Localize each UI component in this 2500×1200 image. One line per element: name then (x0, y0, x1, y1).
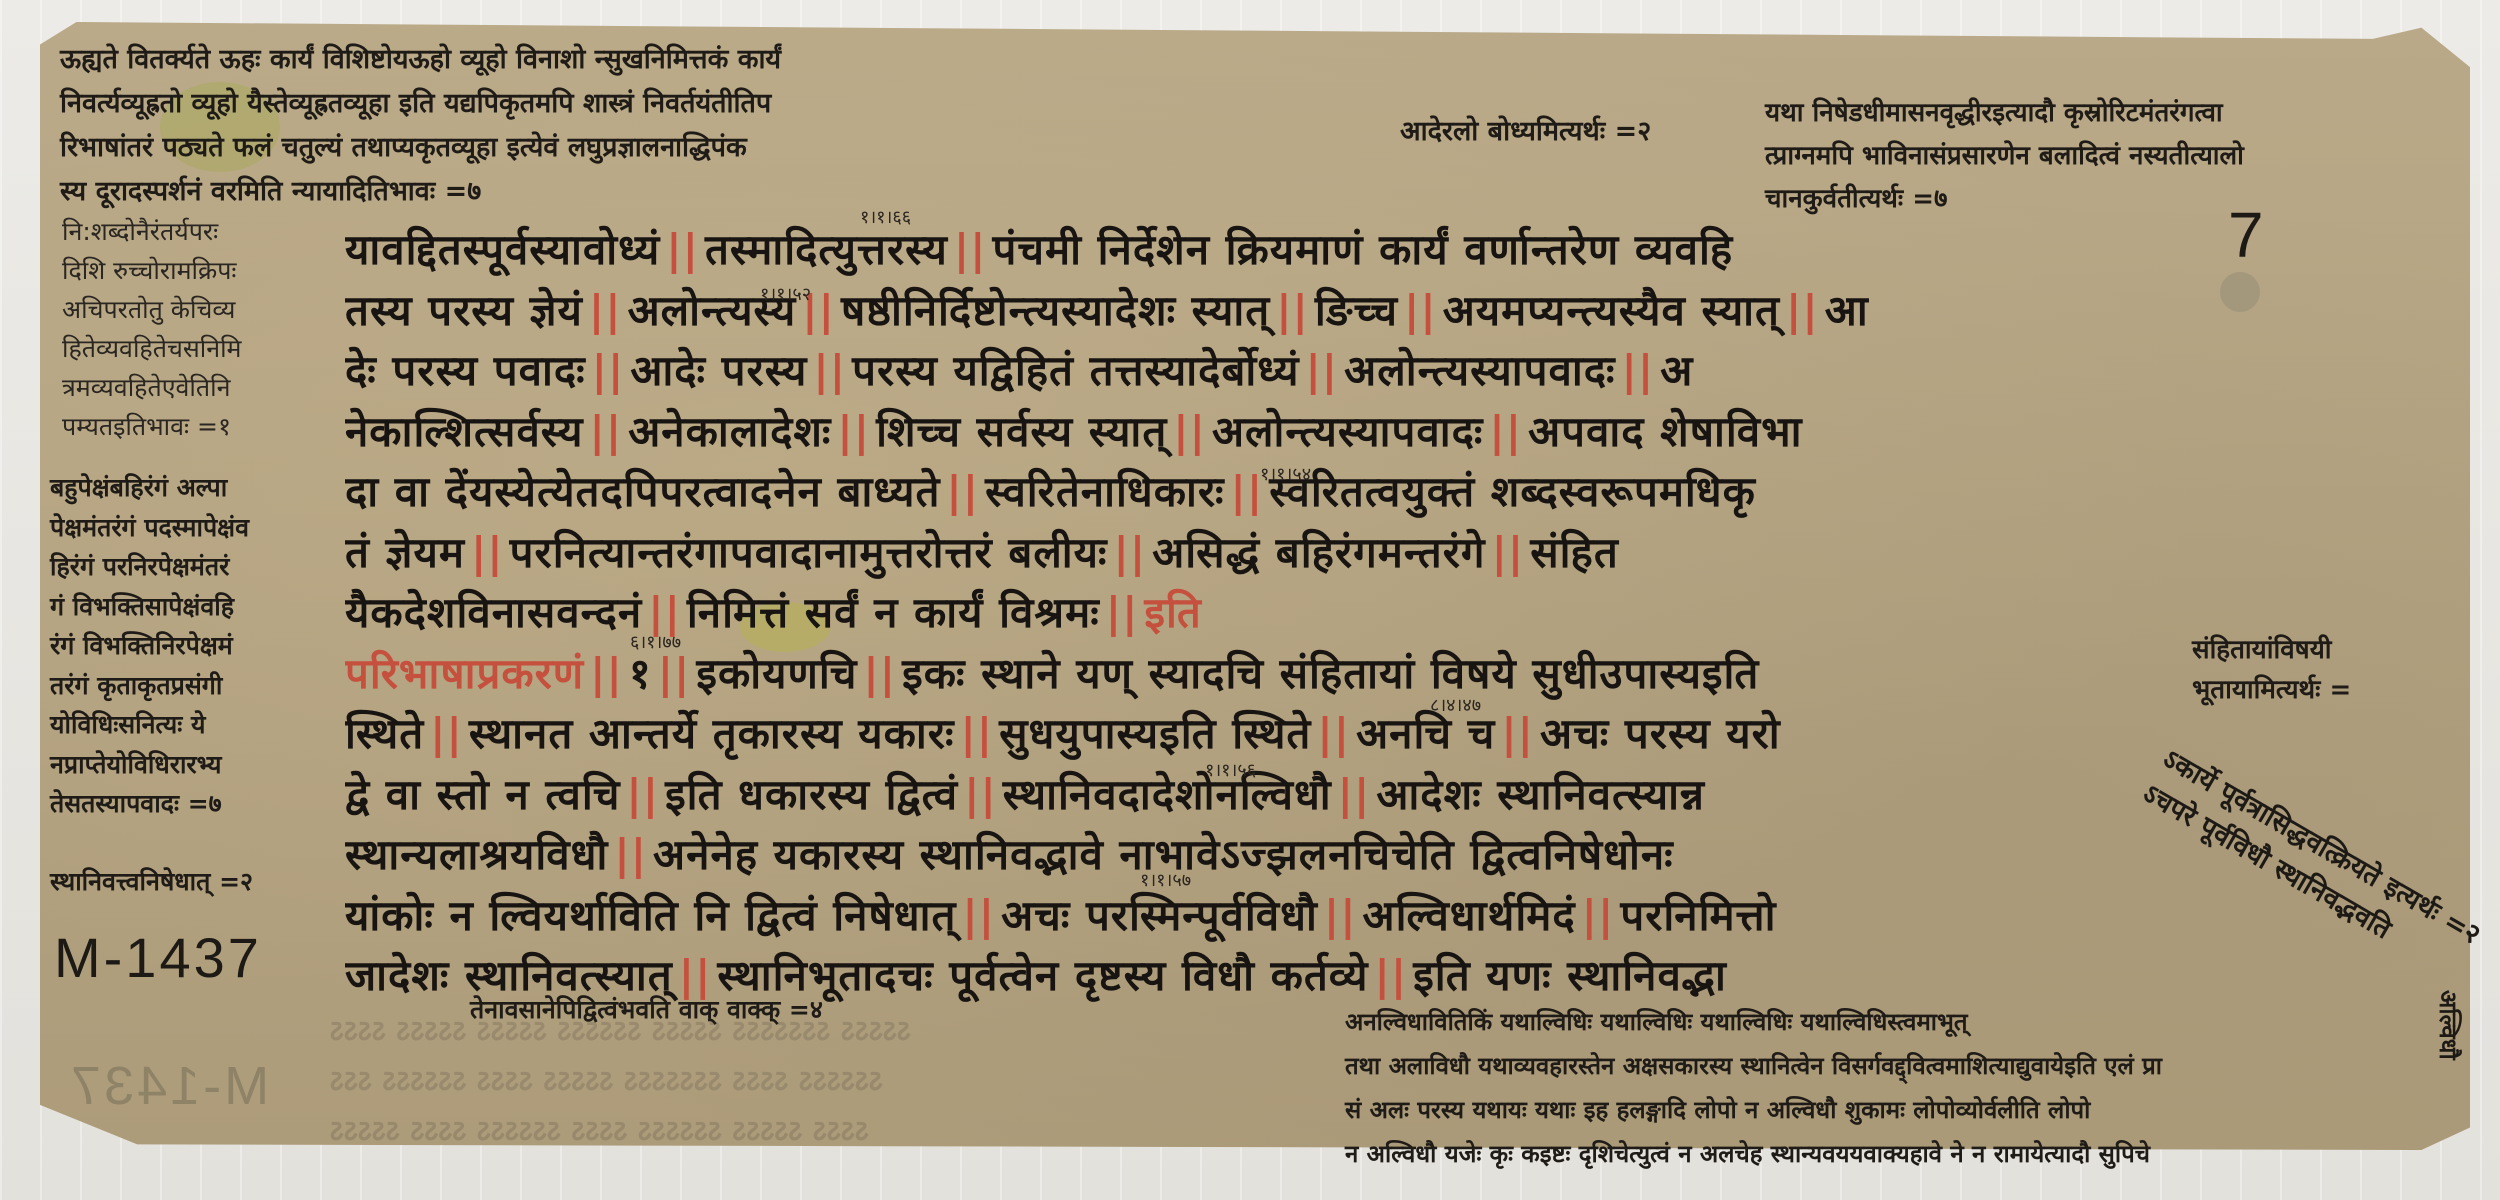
red-danda: || (592, 341, 625, 402)
red-danda: || (964, 765, 997, 826)
top-right-commentary: यथा निषेडधीमासनवृद्धीरइत्यादौ कृस्रोरिटम… (1765, 92, 2244, 221)
right-edge-vertical-note: अल्विधौ (2432, 990, 2465, 1060)
commentary-line: निवर्त्यव्यूह्रतो व्यूहो यैस्तेव्यूह्रतव… (60, 82, 781, 126)
text-segment: दा वा देंयस्येत्येतदपिपरत्वादनेन बाध्यते (345, 462, 940, 523)
text-segment: आदेशः स्थानिवत्स्यान्न (1376, 765, 1705, 826)
text-segment: इकः स्थाने यण् स्यादचि संहितायां विषये स… (902, 644, 1759, 705)
left-margin-upper-note: नि:शब्दोनैरंतर्यपरः दिशि रुच्चोरामक्रिपः… (62, 212, 242, 446)
rubric-heading: परिभाषाप्रकरणं (345, 644, 584, 705)
main-text-line: स्थान्यलाश्रयविधौ || अनेनेह यकारस्य स्था… (345, 825, 2135, 886)
commentary-line: सं अलः परस्य यथायः यथाः इह हलङ्गादि लोपो… (1345, 1088, 2162, 1132)
bleed-through-text: ऽऽऽऽऽऽ ऽऽऽऽ ऽऽऽऽऽऽऽ ऽऽऽऽऽ ऽऽऽऽ ऽऽऽऽऽऽ ऽऽ… (330, 1060, 883, 1104)
red-danda: || (614, 825, 647, 886)
red-danda: || (960, 704, 993, 765)
red-danda: || (590, 402, 623, 463)
note-line: नप्राप्तेयोविधिरारभ्य (50, 745, 249, 785)
gloss-text: स्थानिवत्त्वनिषेधात् =२ (50, 867, 253, 896)
note-line: गं विभक्तिसापेक्षंवहि (50, 587, 249, 627)
text-segment: स्थिते (345, 704, 424, 765)
text-segment: ङिच्च (1315, 281, 1398, 342)
bleed-through-text: ऽऽऽऽ ऽऽऽऽऽ ऽऽऽऽऽऽ ऽऽऽऽ ऽऽऽऽऽऽ ऽऽऽऽ ऽऽऽऽऽ (330, 1110, 869, 1154)
interlinear-sutra-number: १।१।५४ (1260, 462, 1311, 486)
interlinear-sutra-number: ८।४।४७ (1430, 693, 1481, 717)
main-text-line: तस्य परस्य ज्ञेयं || अलोन्त्यस्य || षष्ठ… (345, 281, 2135, 342)
text-segment: इति धकारस्य द्वित्वं (665, 765, 958, 826)
text-segment: पंचमी निर्देशेन क्रियमाणं कार्यं वर्णान्… (993, 220, 1734, 281)
text-segment: अलोन्त्यस्यापवादः (1344, 341, 1615, 402)
shelfmark-label: M-1437 (54, 925, 262, 990)
interlinear-sutra-number: १।१।५६ (1205, 758, 1256, 782)
commentary-line: न अल्विधौ यजेः कृः कइष्टः दृशिचेत्युत्वं… (1345, 1132, 2162, 1176)
red-danda: || (1375, 946, 1408, 1007)
text-segment: अपवाद शेषाविभा (1528, 402, 1802, 463)
note-line: तरंगं कृताकृतप्रसंगी (50, 666, 249, 706)
note-line: पेक्षमंतरंगं पदस्मापेक्षंव (50, 508, 249, 548)
red-danda: || (1106, 583, 1139, 644)
red-danda: || (590, 644, 623, 705)
text-segment: आ (1825, 281, 1869, 342)
red-danda: || (1276, 281, 1309, 342)
text-segment: असिद्धं बहिरंगमन्तरंगे (1152, 523, 1485, 584)
text-segment: इति यणः स्थानिवद्भा (1413, 946, 1727, 1007)
red-danda: || (471, 523, 504, 584)
text-segment: देः परस्य पवादः (345, 341, 586, 402)
commentary-line: ऊह्यते वितर्क्यते ऊहः कार्यं विशिष्टोयऊह… (60, 38, 781, 82)
interlinear-sutra-number: १।१।५७ (1140, 868, 1191, 892)
red-danda: || (666, 220, 699, 281)
note-line: बहुपेक्षंबहिरंगं अल्पा (50, 468, 249, 508)
stain-mark (2220, 272, 2260, 312)
note-line: हितेव्यवहितेचसनिमि (62, 329, 242, 368)
red-danda: || (1492, 523, 1525, 584)
note-line: नि:शब्दोनैरंतर्यपरः (62, 212, 242, 251)
red-danda: || (813, 341, 846, 402)
text-segment: अयमप्यन्त्यस्यैव स्यात् (1443, 281, 1780, 342)
text-segment: यावद्दितस्पूर्वस्यावोध्यं (345, 220, 660, 281)
note-line: रंगं विभक्तिनिरपेक्षमं (50, 626, 249, 666)
text-segment: अचः परस्मिन्पूर्वविधौ (1001, 886, 1318, 947)
commentary-line: त्प्राग्नमपि भाविनासंप्रसारणेन बलादित्वं… (1765, 135, 2244, 178)
text-segment: तस्मादित्युत्तरस्य (705, 220, 948, 281)
text-segment: इकोयणचि (696, 644, 857, 705)
main-text-block: यावद्दितस्पूर्वस्यावोध्यं || तस्मादित्यु… (345, 220, 2135, 1007)
interlinear-sutra-number: १।१।५२ (760, 282, 811, 306)
text-segment: यांकोः न ल्वियर्थाविति नि द्वित्वं निषेध… (345, 886, 956, 947)
gloss-text: तेनावसानेपिद्वित्वंभवति वाक् वाक्क् =४ (470, 995, 823, 1024)
top-left-commentary: ऊह्यते वितर्क्यते ऊहः कार्यं विशिष्टोयऊह… (60, 38, 781, 214)
red-danda: || (1305, 341, 1338, 402)
text-segment: आदेः परस्य (630, 341, 807, 402)
text-segment: अलोन्त्यस्यापवादः (1212, 402, 1483, 463)
red-danda: || (1338, 765, 1371, 826)
text-segment: शिच्च सर्वस्य स्यात् (876, 402, 1167, 463)
gloss-text: आदेरलो बोध्यमित्यर्थः =२ (1400, 116, 1651, 147)
red-danda: || (1786, 281, 1819, 342)
main-text-line: यावद्दितस्पूर्वस्यावोध्यं || तस्मादित्यु… (345, 220, 2135, 281)
red-danda: || (962, 886, 995, 947)
text-segment: तस्य परस्य ज्ञेयं (345, 281, 583, 342)
text-segment: अनेकालादेशः (628, 402, 831, 463)
red-danda: || (430, 704, 463, 765)
text-segment: स्वरितत्वयुक्तं शब्दस्वरूपमधिकृ (1269, 462, 1756, 523)
note-line: हिरंगं परनिरपेक्षमंतरं (50, 547, 249, 587)
red-danda: || (837, 402, 870, 463)
note-line: तेसतस्यापवादः =७ (50, 784, 249, 824)
bottom-center-gloss: तेनावसानेपिद्वित्वंभवति वाक् वाक्क् =४ (470, 988, 823, 1032)
text-segment: संहित (1530, 523, 1619, 584)
text-segment: स्थान्यलाश्रयविधौ (345, 825, 608, 886)
text-segment: अचः परस्य यरो (1540, 704, 1781, 765)
gloss-line: भूतायामित्यर्थः = (2192, 670, 2351, 710)
note-line: अचिपरतोतु केचिव्य (62, 290, 242, 329)
text-segment: यैकदेशविनासवन्दनं (345, 583, 642, 644)
red-danda: || (1324, 886, 1357, 947)
main-text-line: तं ज्ञेयम || परनित्यान्तरंगापवादानामुत्त… (345, 523, 2135, 584)
top-center-gloss: आदेरलो बोध्यमित्यर्थः =२ (1400, 110, 1651, 154)
left-margin-lower-note: बहुपेक्षंबहिरंगं अल्पा पेक्षमंतरंगं पदस्… (50, 468, 249, 824)
text-segment: नेकाल्शित्सर्वस्य (345, 402, 584, 463)
note-line: पम्यतइतिभावः =१ (62, 407, 242, 446)
text-segment: द्वे वा स्तो न त्वचि (345, 765, 620, 826)
red-danda: || (1404, 281, 1437, 342)
red-danda: || (946, 462, 979, 523)
left-margin-bottom-gloss: स्थानिवत्त्वनिषेधात् =२ (50, 860, 253, 904)
main-text-line: दा वा देंयस्येत्येतदपिपरत्वादनेन बाध्यते… (345, 462, 2135, 523)
text-segment: सुधयुपास्यइति स्थिते (999, 704, 1311, 765)
red-danda: || (1582, 886, 1615, 947)
commentary-line: स्य दूरादस्पर्शनं वरमिति न्यायादितिभावः … (60, 170, 781, 214)
text-segment: तं ज्ञेयम (345, 523, 465, 584)
commentary-line: तथा अलाविधौ यथाव्यवहारस्तेन अक्षसकारस्य … (1345, 1044, 2162, 1088)
commentary-line: रिभाषांतरं पठ्यते फलं चतुल्यं तथाप्यकृतव… (60, 126, 781, 170)
text-segment: स्थानत आन्तर्ये तृकारस्य यकारः (469, 704, 955, 765)
red-danda: || (863, 644, 896, 705)
note-line: त्रमव्यवहितेएवेतिनि (62, 368, 242, 407)
shelfmark-mirror-ghost: M-1437 (68, 1055, 269, 1117)
interlinear-sutra-number: ६।१।७७ (630, 630, 681, 654)
red-danda: || (626, 765, 659, 826)
red-danda: || (1173, 402, 1206, 463)
red-danda: || (1231, 462, 1264, 523)
red-danda: || (954, 220, 987, 281)
text-segment: परनित्यान्तरंगापवादानामुत्तरोत्तरं बलीयः (510, 523, 1108, 584)
folio-number: 7 (2228, 198, 2264, 272)
red-danda: || (1114, 523, 1147, 584)
red-danda: || (1622, 341, 1655, 402)
main-text-line: परिभाषाप्रकरणं || १ || इकोयणचि || इकः स्… (345, 644, 2135, 705)
text-segment: परनिमित्तो (1620, 886, 1776, 947)
text-segment: अ (1660, 341, 1693, 402)
note-line: दिशि रुच्चोरामक्रिपः (62, 251, 242, 290)
main-text-line: स्थिते || स्थानत आन्तर्ये तृकारस्य यकारः… (345, 704, 2135, 765)
main-text-line: नेकाल्शित्सर्वस्य || अनेकालादेशः || शिच्… (345, 402, 2135, 463)
main-text-line: देः परस्य पवादः || आदेः परस्य || परस्य य… (345, 341, 2135, 402)
note-line: योविधिःसनित्यः ये (50, 705, 249, 745)
rubric-segment: इति (1144, 583, 1201, 644)
red-danda: || (1317, 704, 1350, 765)
gloss-line: संहितायांविषयी (2192, 630, 2351, 670)
text-segment: स्थानिवदादेशोनल्विधौ (1003, 765, 1332, 826)
commentary-line: अनल्विधावितिकिं यथाल्विधिः यथाल्विधिः यथ… (1345, 1000, 2162, 1044)
red-danda: || (1489, 402, 1522, 463)
commentary-line: यथा निषेडधीमासनवृद्धीरइत्यादौ कृस्रोरिटम… (1765, 92, 2244, 135)
commentary-line: चानकुर्वतीत्यर्थः =७ (1765, 178, 2244, 221)
text-segment: निमित्तं सर्वं न कार्यं विश्रमः (687, 583, 1100, 644)
interlinear-sutra-number: १।१।६६ (860, 205, 911, 229)
text-segment: षष्ठीनिर्दिष्टोन्त्यस्यादेशः स्यात् (841, 281, 1270, 342)
bottom-right-commentary: अनल्विधावितिकिं यथाल्विधिः यथाल्विधिः यथ… (1345, 1000, 2162, 1176)
text-segment: अल्विधार्थमिदं (1363, 886, 1576, 947)
text-segment: स्वरितेनाधिकारः (985, 462, 1224, 523)
main-text-line: यांकोः न ल्वियर्थाविति नि द्वित्वं निषेध… (345, 886, 2135, 947)
text-segment: परस्य यद्विहितं तत्तस्यादेर्बोध्यं (852, 341, 1299, 402)
main-text-line: यैकदेशविनासवन्दनं || निमित्तं सर्वं न का… (345, 583, 2135, 644)
right-margin-gloss: संहितायांविषयी भूतायामित्यर्थः = (2192, 630, 2351, 710)
red-danda: || (1501, 704, 1534, 765)
red-danda: || (589, 281, 622, 342)
